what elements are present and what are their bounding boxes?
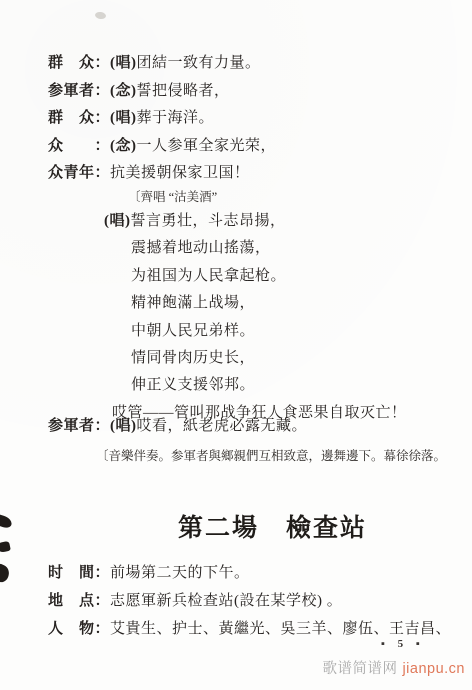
delivery-marker: (念) (110, 138, 137, 154)
dialogue-text: 团結一致有力量。 (137, 55, 261, 71)
ink-smudge (0, 514, 13, 530)
page-number: ▪ 5 ▪ (381, 638, 425, 650)
meta-value: 志愿軍新兵检查站(設在某学校) 。 (110, 593, 342, 609)
meta-label: 人 物： (48, 621, 110, 637)
dialogue-text: 一人参軍全家光荣， (137, 138, 277, 154)
meta-label: 时 間： (48, 565, 110, 581)
dialogue-line: 参軍者：(念)誓把侵略者， (48, 78, 276, 106)
meta-value: 前場第二天的下午。 (110, 565, 250, 581)
stage-direction-exit: 〔音樂伴奏。参軍者與鄉親們互相致意，邊舞邊下。幕徐徐落。 (96, 446, 446, 464)
dialogue-line: 众 ：(念)一人参軍全家光荣， (48, 133, 276, 161)
meta-line-place: 地 点：志愿軍新兵检查站(設在某学校) 。 (48, 587, 451, 615)
scan-smudge (95, 11, 107, 19)
stage-direction-tune: 〔齊唱 “沽美酒” (128, 187, 217, 205)
dialogue-text: 哎看，紙老虎必露无藏。 (137, 418, 308, 434)
dialogue-text: 抗美援朝保家卫国！ (110, 165, 250, 181)
dialogue-line: 群 众：(唱)葬于海洋。 (48, 105, 276, 133)
speaker-label: 参軍者： (48, 418, 110, 434)
verse-block: (唱)誓言勇壮，斗志昂揚， 震撼着地动山搖蕩， 为祖国为人民拿起枪。 精神飽滿上… (104, 208, 407, 427)
delivery-marker: (唱) (110, 418, 137, 434)
speaker-label: 群 众： (48, 110, 110, 126)
scene-meta-block: 时 間：前場第二天的下午。 地 点：志愿軍新兵检查站(設在某学校) 。 人 物：… (48, 559, 451, 643)
dialogue-block-top: 群 众：(唱)团結一致有力量。 参軍者：(念)誓把侵略者， 群 众：(唱)葬于海… (48, 50, 276, 188)
scanned-script-page: 群 众：(唱)团結一致有力量。 参軍者：(念)誓把侵略者， 群 众：(唱)葬于海… (0, 0, 472, 690)
verse-line: 为祖国为人民拿起枪。 (104, 263, 407, 290)
delivery-marker: (念) (110, 83, 137, 99)
watermark: 歌谱简谱网jianpu.cn (322, 657, 465, 678)
dialogue-line: 群 众：(唱)团結一致有力量。 (48, 50, 276, 78)
verse-line: 情同骨肉历史长， (104, 345, 407, 372)
meta-value: 艾貴生、护士、黃繼光、吳三羊、廖伍、王吉昌、 (110, 621, 451, 637)
meta-line-time: 时 間：前場第二天的下午。 (48, 559, 451, 587)
verse-text: 誓言勇壮，斗志昂揚， (131, 213, 286, 229)
dialogue-text: 葬于海洋。 (137, 110, 215, 126)
watermark-site-url: jianpu.cn (402, 661, 465, 677)
verse-line: (唱)誓言勇壮，斗志昂揚， (104, 208, 407, 235)
watermark-site-name: 歌谱简谱网 (322, 661, 397, 677)
ink-smudge (0, 563, 12, 585)
verse-line: 精神飽滿上战場， (104, 290, 407, 317)
dialogue-text: 誓把侵略者， (137, 83, 230, 99)
scene-title: 第二場 檢查站 (178, 508, 367, 544)
delivery-marker: (唱) (110, 110, 137, 126)
delivery-marker: (唱) (110, 55, 137, 71)
speaker-label: 众青年： (48, 165, 110, 181)
verse-line: 伸正义支援邻邦。 (104, 372, 407, 399)
meta-label: 地 点： (48, 593, 110, 609)
delivery-marker: (唱) (104, 213, 131, 229)
verse-line: 中朝人民兄弟样。 (104, 318, 407, 345)
dialogue-line: 众青年：抗美援朝保家卫国！ (48, 160, 276, 188)
speaker-label: 群 众： (48, 55, 110, 71)
speaker-label: 参軍者： (48, 83, 110, 99)
verse-line: 震撼着地动山搖蕩， (104, 235, 407, 262)
ink-smudge (0, 541, 11, 553)
dialogue-line: 参軍者：(唱)哎看，紙老虎必露无藏。 (48, 414, 307, 435)
speaker-label: 众 ： (48, 138, 110, 154)
